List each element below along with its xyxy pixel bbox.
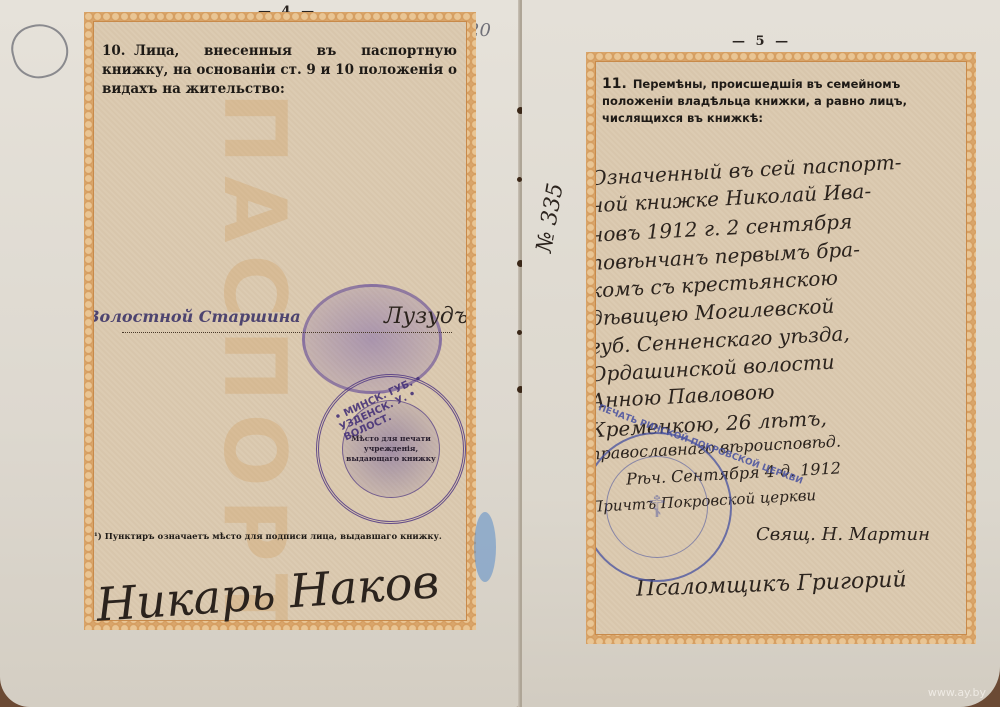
section-10-heading: 10.Лица, внесенныя въ паспортную книжку,…	[102, 42, 457, 99]
right-guilloche-frame: 11.Перемѣны, происшедшiя въ семейномъ по…	[586, 52, 976, 644]
pencil-circle-mark	[6, 18, 74, 85]
right-form-panel: 11.Перемѣны, происшедшiя въ семейномъ по…	[595, 61, 967, 635]
section-10-text: Лица, внесенныя въ паспортную книжку, на…	[102, 43, 457, 97]
section-10-number: 10.	[102, 42, 134, 61]
section-11-text: Перемѣны, происшедшiя въ семейномъ полож…	[602, 77, 907, 125]
margin-number: № 335	[532, 181, 569, 254]
left-form-panel: ПАСПОРТ 10.Лица, внесенныя въ паспортную…	[93, 21, 467, 621]
section-11-heading: 11.Перемѣны, происшедшiя въ семейномъ по…	[602, 76, 932, 127]
volost-elder-stamp: Волостной Старшина	[93, 307, 301, 326]
blue-ink-blot	[474, 512, 496, 582]
elder-signature: Лузудъ	[384, 304, 467, 329]
left-guilloche-frame: ПАСПОРТ 10.Лица, внесенныя въ паспортную…	[84, 12, 476, 630]
section-11-number: 11.	[602, 76, 627, 92]
church-icon: ☦	[606, 456, 708, 558]
footnote: ¹) Пунктиръ означаетъ мѣсто для подписи …	[94, 532, 442, 542]
passport-spread: — 4 — 20 ПАСПОРТ 10.Лица, внесенныя въ п…	[0, 0, 1000, 707]
priest-signature: Свящ. Н. Мартин	[756, 524, 930, 545]
right-page: — 5 — № 335 11.Перемѣны, происшедшiя въ …	[522, 0, 1000, 707]
signature-dotted-line	[122, 332, 452, 333]
page-number-right: — 5 —	[732, 34, 791, 49]
left-page: — 4 — 20 ПАСПОРТ 10.Лица, внесенныя въ п…	[0, 0, 522, 707]
site-watermark: www.ay.by	[928, 686, 986, 699]
